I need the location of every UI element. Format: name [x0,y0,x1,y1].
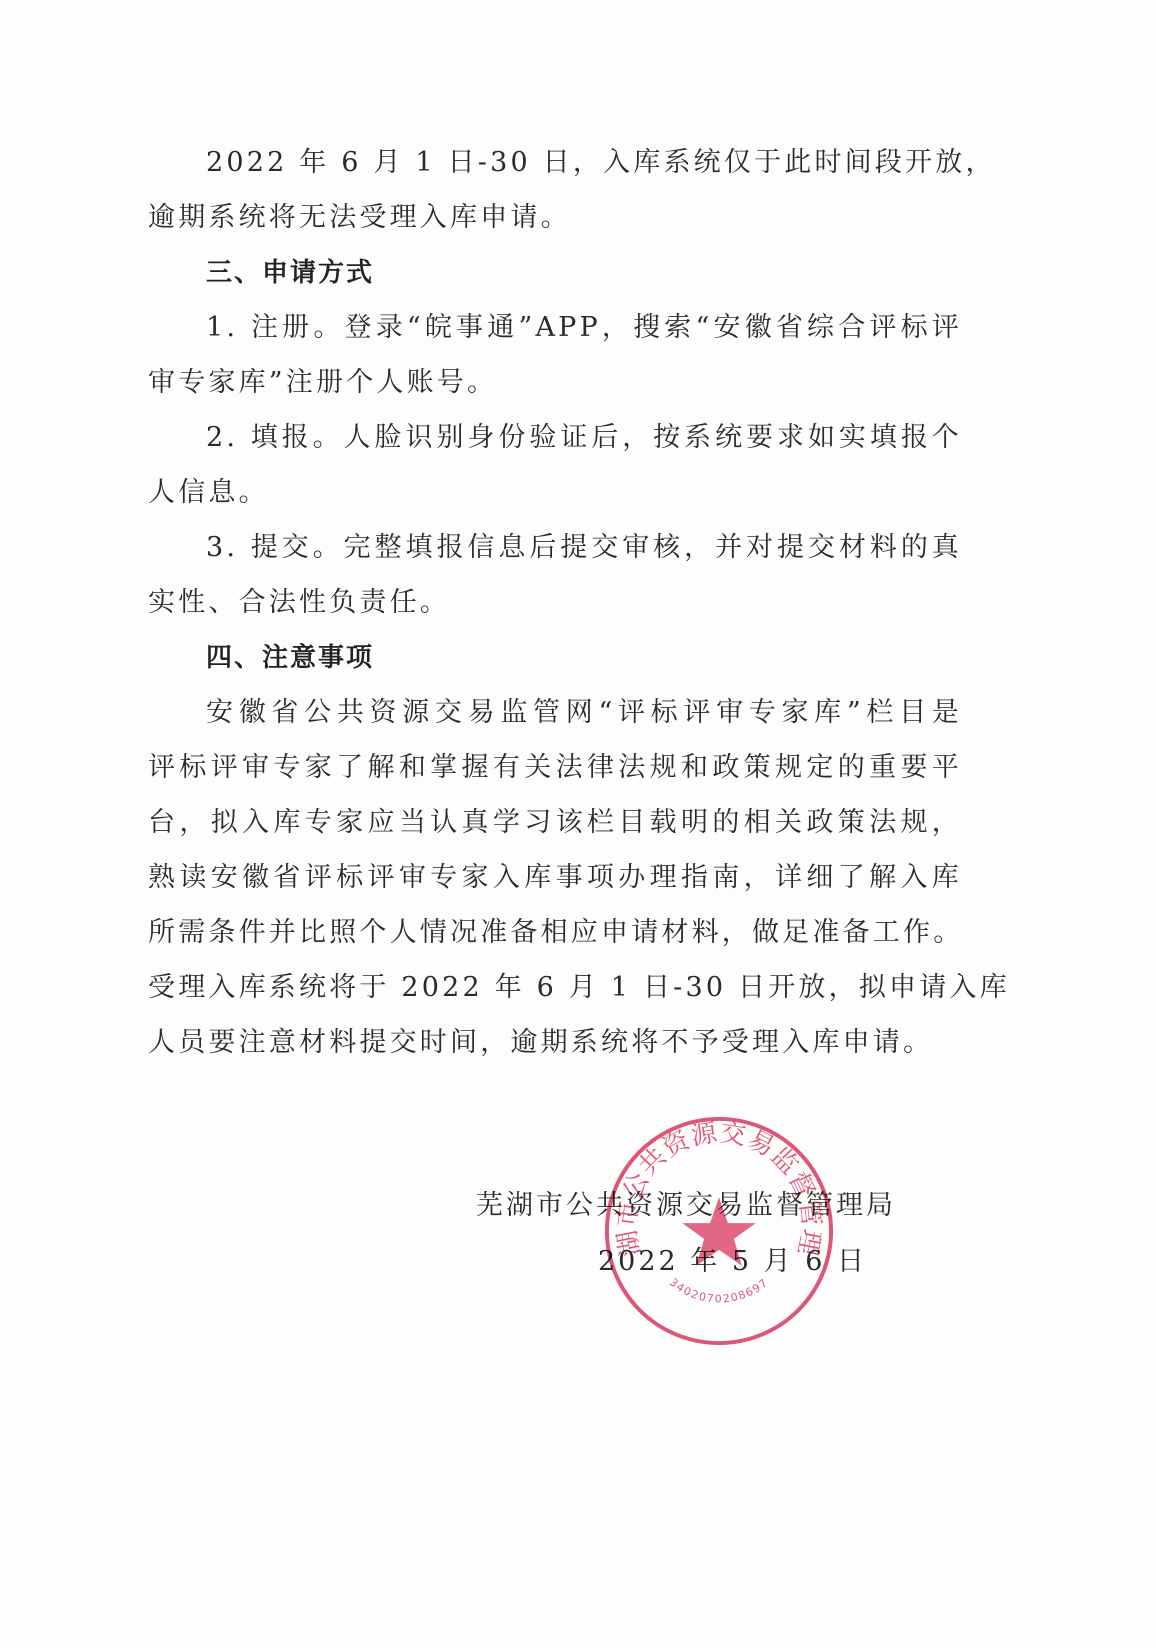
section-heading-notes: 四、注意事项 [206,640,374,676]
paragraph-line: 评标评审专家了解和掌握有关法律法规和政策规定的重要平 [148,750,962,786]
section-heading-application-method: 三、申请方式 [206,255,374,291]
paragraph-line: 3. 提交。完整填报信息后提交审核，并对提交材料的真 [148,530,962,566]
paragraph-line: 2. 填报。人脸识别身份验证后，按系统要求如实填报个 [148,420,962,456]
paragraph-line: 人员要注意材料提交时间，逾期系统将不予受理入库申请。 [148,1025,962,1061]
paragraph-line: 安徽省公共资源交易监管网“评标评审专家库”栏目是 [148,695,962,731]
paragraph-line: 人信息。 [148,475,962,511]
official-seal-icon: 芜湖市公共资源交易监督管理局 3402070208697 [600,1112,838,1350]
svg-text:3402070208697: 3402070208697 [667,1276,771,1306]
document-page: 2022 年 6 月 1 日-30 日，入库系统仅于此时间段开放， 逾期系统将无… [0,0,1156,1648]
paragraph-line: 所需条件并比照个人情况准备相应申请材料，做足准备工作。 [148,915,962,951]
paragraph-line: 熟读安徽省评标评审专家入库事项办理指南，详细了解入库 [148,860,962,896]
paragraph-line: 实性、合法性负责任。 [148,585,962,621]
paragraph-line: 受理入库系统将于 2022 年 6 月 1 日-30 日开放，拟申请入库 [148,970,962,1006]
paragraph-line: 审专家库”注册个人账号。 [148,365,962,401]
paragraph-line: 1. 注册。登录“皖事通”APP，搜索“安徽省综合评标评 [148,310,962,346]
paragraph-line: 2022 年 6 月 1 日-30 日，入库系统仅于此时间段开放， [148,145,962,181]
paragraph-line: 台，拟入库专家应当认真学习该栏目载明的相关政策法规， [148,805,962,841]
paragraph-line: 逾期系统将无法受理入库申请。 [148,200,962,236]
